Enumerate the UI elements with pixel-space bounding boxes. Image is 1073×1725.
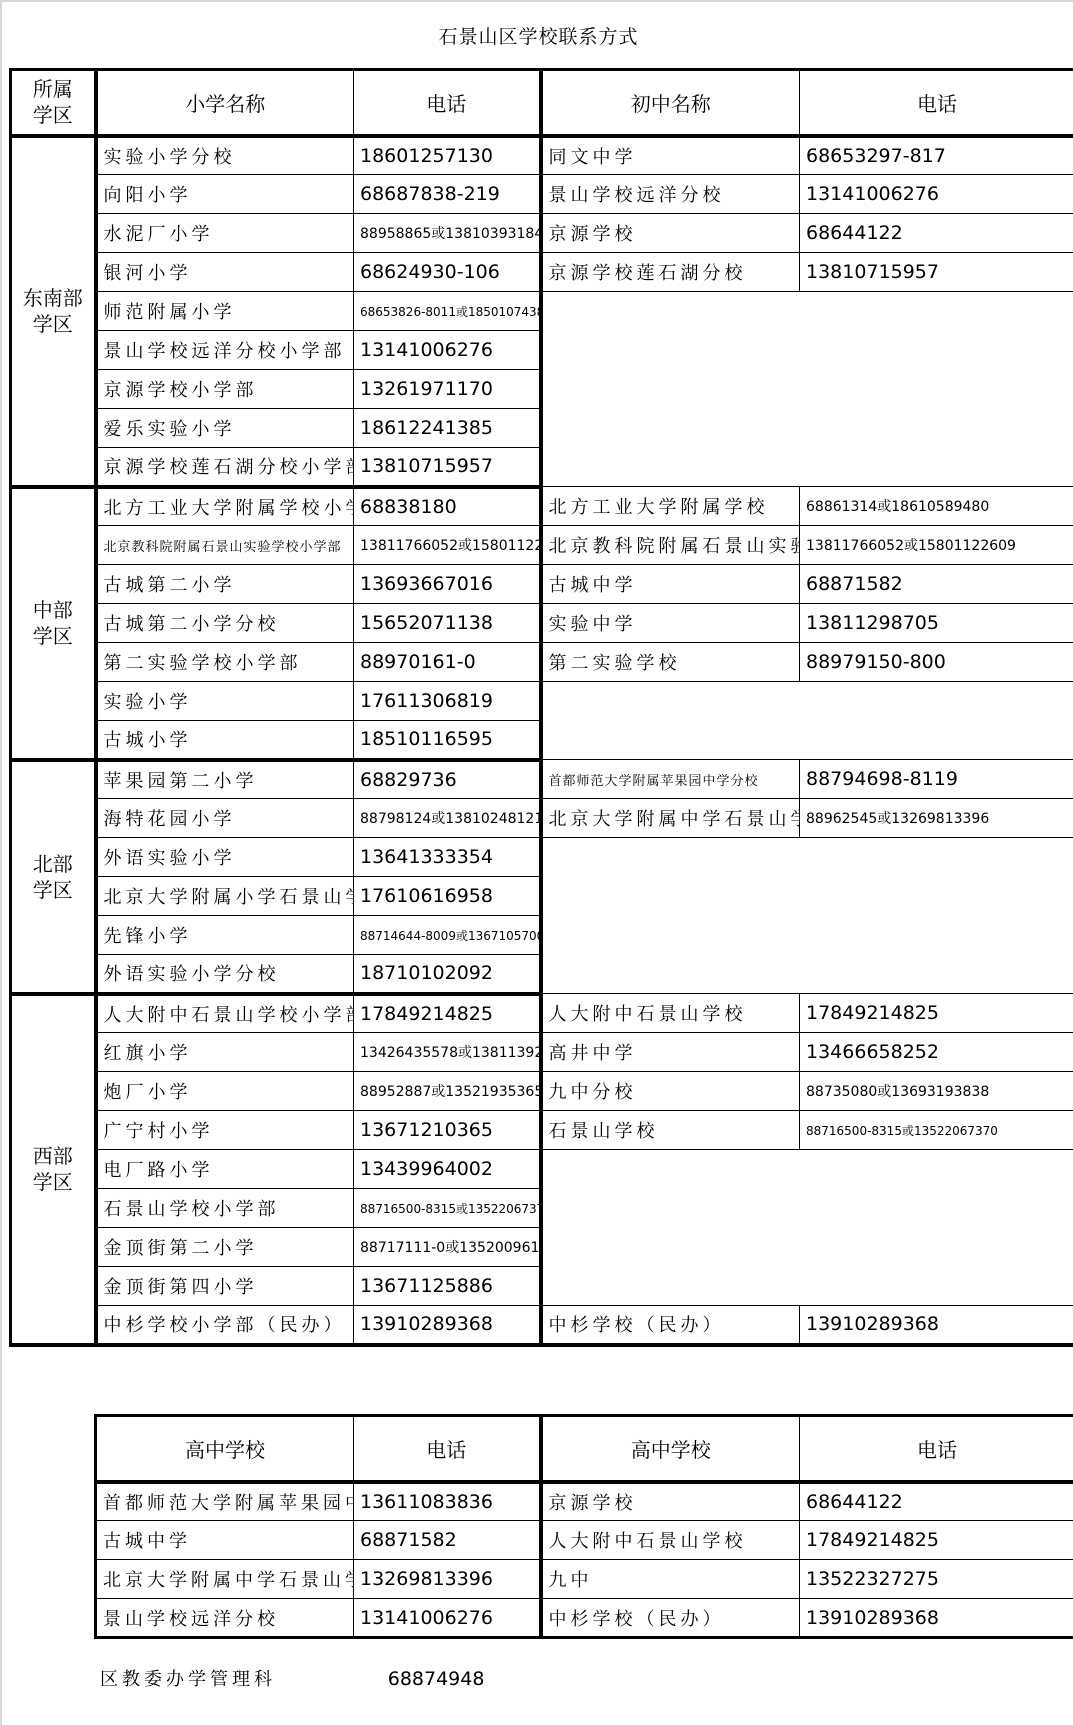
hs-header-left-phone: 电话 xyxy=(354,1416,541,1482)
hs-header-row: 高中学校 电话 高中学校 电话 xyxy=(96,1416,1073,1482)
table-header-row: 所属学区 小学名称 电话 初中名称 电话 xyxy=(11,70,1073,136)
hs-right-name: 人大附中石景山学校 xyxy=(541,1521,800,1560)
primary-school-phone: 18510116595 xyxy=(354,721,541,760)
hs-header-right-phone: 电话 xyxy=(800,1416,1073,1482)
header-primary-phone: 电话 xyxy=(354,70,541,136)
table-row: 海特花园小学88798124或13810248121北京大学附属中学石景山学校8… xyxy=(11,799,1073,838)
primary-school-name: 广宁村小学 xyxy=(96,1111,354,1150)
primary-school-name: 中杉学校小学部（民办） xyxy=(96,1306,354,1345)
primary-school-phone: 13439964002 xyxy=(354,1150,541,1189)
hs-left-phone: 13269813396 xyxy=(354,1560,541,1599)
hs-right-phone: 13910289368 xyxy=(800,1599,1073,1638)
primary-school-name: 金顶街第四小学 xyxy=(96,1267,354,1306)
hs-left-phone: 68871582 xyxy=(354,1521,541,1560)
primary-school-phone: 13641333354 xyxy=(354,838,541,877)
table-row: 北部学区苹果园第二小学68829736首都师范大学附属苹果园中学分校887946… xyxy=(11,760,1073,799)
hs-header-right-name: 高中学校 xyxy=(541,1416,800,1482)
middle-school-name: 景山学校远洋分校 xyxy=(541,175,800,214)
primary-school-phone: 88717111-0或13520096189 xyxy=(354,1228,541,1267)
table-row: 外语实验小学13641333354 xyxy=(11,838,1073,877)
primary-school-phone: 68653826-8011或18501074380 xyxy=(354,292,541,331)
middle-school-name: 北方工业大学附属学校 xyxy=(541,487,800,526)
region-label: 西部学区 xyxy=(11,994,96,1345)
table-row: 古城第二小学13693667016古城中学68871582 xyxy=(11,565,1073,604)
middle-school-name: 首都师范大学附属苹果园中学分校 xyxy=(541,760,800,799)
primary-school-phone: 13811766052或15801122609 xyxy=(354,526,541,565)
primary-school-phone: 88714644-8009或13671057001 xyxy=(354,916,541,955)
middle-school-name: 高井中学 xyxy=(541,1033,800,1072)
hs-table-row: 古城中学68871582人大附中石景山学校17849214825 xyxy=(96,1521,1073,1560)
hs-left-name: 古城中学 xyxy=(96,1521,354,1560)
primary-school-name: 人大附中石景山学校小学部 xyxy=(96,994,354,1033)
hs-header-left-name: 高中学校 xyxy=(96,1416,354,1482)
primary-school-name: 实验小学 xyxy=(96,682,354,721)
middle-school-phone: 68644122 xyxy=(800,214,1073,253)
hs-table-body: 首都师范大学附属苹果园中学13611083836京源学校68644122古城中学… xyxy=(96,1482,1073,1638)
primary-school-name: 红旗小学 xyxy=(96,1033,354,1072)
primary-school-name: 银河小学 xyxy=(96,253,354,292)
region-label: 中部学区 xyxy=(11,487,96,760)
table-row: 银河小学68624930-106京源学校莲石湖分校13810715957 xyxy=(11,253,1073,292)
hs-table-row: 首都师范大学附属苹果园中学13611083836京源学校68644122 xyxy=(96,1482,1073,1521)
primary-school-phone: 68687838-219 xyxy=(354,175,541,214)
primary-school-phone: 68624930-106 xyxy=(354,253,541,292)
primary-school-phone: 15652071138 xyxy=(354,604,541,643)
table-row: 师范附属小学68653826-8011或18501074380 xyxy=(11,292,1073,331)
middle-school-name: 同文中学 xyxy=(541,136,800,175)
middle-school-name: 北京教科院附属石景山实验学校 xyxy=(541,526,800,565)
primary-school-phone: 17610616958 xyxy=(354,877,541,916)
page-title: 石景山区学校联系方式 xyxy=(2,22,1073,49)
empty-cell xyxy=(541,1150,1073,1306)
primary-school-name: 古城小学 xyxy=(96,721,354,760)
middle-school-phone: 17849214825 xyxy=(800,994,1073,1033)
primary-school-phone: 13693667016 xyxy=(354,565,541,604)
primary-school-phone: 18601257130 xyxy=(354,136,541,175)
primary-school-name: 北方工业大学附属学校小学部 xyxy=(96,487,354,526)
middle-school-name: 北京大学附属中学石景山学校 xyxy=(541,799,800,838)
middle-school-phone: 13910289368 xyxy=(800,1306,1073,1345)
primary-school-phone: 68838180 xyxy=(354,487,541,526)
middle-school-phone: 13811766052或15801122609 xyxy=(800,526,1073,565)
middle-school-phone: 88716500-8315或13522067370 xyxy=(800,1111,1073,1150)
primary-school-phone: 88798124或13810248121 xyxy=(354,799,541,838)
footer-phone: 68874948 xyxy=(388,1668,485,1690)
hs-left-phone: 13141006276 xyxy=(354,1599,541,1638)
table-row: 西部学区人大附中石景山学校小学部17849214825人大附中石景山学校1784… xyxy=(11,994,1073,1033)
middle-school-phone: 88735080或13693193838 xyxy=(800,1072,1073,1111)
empty-cell xyxy=(541,292,1073,487)
primary-school-phone: 88716500-8315或13522067370 xyxy=(354,1189,541,1228)
middle-school-phone: 68871582 xyxy=(800,565,1073,604)
footer-label: 区教委办学管理科 xyxy=(100,1665,382,1691)
table-row: 红旗小学13426435578或13811392397高井中学134666582… xyxy=(11,1033,1073,1072)
primary-school-phone: 88952887或13521935365 xyxy=(354,1072,541,1111)
hs-left-phone: 13611083836 xyxy=(354,1482,541,1521)
hs-right-name: 京源学校 xyxy=(541,1482,800,1521)
hs-left-name: 北京大学附属中学石景山学校 xyxy=(96,1560,354,1599)
table-row: 第二实验学校小学部88970161-0第二实验学校88979150-800 xyxy=(11,643,1073,682)
hs-left-name: 景山学校远洋分校 xyxy=(96,1599,354,1638)
hs-left-name: 首都师范大学附属苹果园中学 xyxy=(96,1482,354,1521)
primary-school-name: 第二实验学校小学部 xyxy=(96,643,354,682)
hs-right-name: 九中 xyxy=(541,1560,800,1599)
hs-table-row: 北京大学附属中学石景山学校13269813396九中13522327275 xyxy=(96,1560,1073,1599)
primary-school-phone: 13671125886 xyxy=(354,1267,541,1306)
table-row: 向阳小学68687838-219景山学校远洋分校13141006276 xyxy=(11,175,1073,214)
middle-school-name: 石景山学校 xyxy=(541,1111,800,1150)
primary-school-phone: 13810715957 xyxy=(354,448,541,487)
header-primary-name: 小学名称 xyxy=(96,70,354,136)
table-row: 东南部学区实验小学分校18601257130同文中学68653297-817 xyxy=(11,136,1073,175)
hs-right-phone: 68644122 xyxy=(800,1482,1073,1521)
primary-school-phone: 68829736 xyxy=(354,760,541,799)
table-row: 炮厂小学88952887或13521935365九中分校88735080或136… xyxy=(11,1072,1073,1111)
header-middle-phone: 电话 xyxy=(800,70,1073,136)
middle-school-phone: 13811298705 xyxy=(800,604,1073,643)
table-row: 实验小学17611306819 xyxy=(11,682,1073,721)
primary-school-name: 外语实验小学 xyxy=(96,838,354,877)
primary-school-phone: 13671210365 xyxy=(354,1111,541,1150)
school-contacts-table: 所属学区 小学名称 电话 初中名称 电话 东南部学区实验小学分校18601257… xyxy=(9,68,1073,1347)
region-label: 东南部学区 xyxy=(11,136,96,487)
middle-school-name: 古城中学 xyxy=(541,565,800,604)
primary-school-name: 石景山学校小学部 xyxy=(96,1189,354,1228)
hs-table-row: 景山学校远洋分校13141006276中杉学校（民办）13910289368 xyxy=(96,1599,1073,1638)
table-row: 水泥厂小学88958865或13810393184京源学校68644122 xyxy=(11,214,1073,253)
primary-school-name: 京源学校小学部 xyxy=(96,370,354,409)
middle-school-phone: 68653297-817 xyxy=(800,136,1073,175)
table-row: 中杉学校小学部（民办）13910289368中杉学校（民办）1391028936… xyxy=(11,1306,1073,1345)
hs-right-phone: 17849214825 xyxy=(800,1521,1073,1560)
middle-school-name: 第二实验学校 xyxy=(541,643,800,682)
table-row: 北京教科院附属石景山实验学校小学部13811766052或15801122609… xyxy=(11,526,1073,565)
table-row: 电厂路小学13439964002 xyxy=(11,1150,1073,1189)
footer-contact: 区教委办学管理科 68874948 xyxy=(100,1665,484,1691)
hs-right-name: 中杉学校（民办） xyxy=(541,1599,800,1638)
middle-school-phone: 88979150-800 xyxy=(800,643,1073,682)
primary-school-name: 电厂路小学 xyxy=(96,1150,354,1189)
middle-school-name: 人大附中石景山学校 xyxy=(541,994,800,1033)
primary-school-phone: 13261971170 xyxy=(354,370,541,409)
primary-school-phone: 17849214825 xyxy=(354,994,541,1033)
high-school-table: 高中学校 电话 高中学校 电话 首都师范大学附属苹果园中学13611083836… xyxy=(94,1414,1073,1639)
primary-school-phone: 88970161-0 xyxy=(354,643,541,682)
primary-school-phone: 13910289368 xyxy=(354,1306,541,1345)
primary-school-name: 炮厂小学 xyxy=(96,1072,354,1111)
primary-school-phone: 13426435578或13811392397 xyxy=(354,1033,541,1072)
primary-school-name: 爱乐实验小学 xyxy=(96,409,354,448)
primary-school-name: 师范附属小学 xyxy=(96,292,354,331)
table-row: 古城第二小学分校15652071138实验中学13811298705 xyxy=(11,604,1073,643)
table-body: 东南部学区实验小学分校18601257130同文中学68653297-817向阳… xyxy=(11,136,1073,1345)
primary-school-name: 先锋小学 xyxy=(96,916,354,955)
primary-school-name: 古城第二小学分校 xyxy=(96,604,354,643)
empty-cell xyxy=(541,838,1073,994)
primary-school-name: 北京大学附属小学石景山学校 xyxy=(96,877,354,916)
middle-school-phone: 13141006276 xyxy=(800,175,1073,214)
primary-school-name: 外语实验小学分校 xyxy=(96,955,354,994)
primary-school-phone: 88958865或13810393184 xyxy=(354,214,541,253)
table-row: 中部学区北方工业大学附属学校小学部68838180北方工业大学附属学校68861… xyxy=(11,487,1073,526)
primary-school-phone: 13141006276 xyxy=(354,331,541,370)
region-label: 北部学区 xyxy=(11,760,96,994)
primary-school-name: 景山学校远洋分校小学部 xyxy=(96,331,354,370)
header-region: 所属学区 xyxy=(11,70,96,136)
empty-cell xyxy=(541,682,1073,760)
primary-school-name: 金顶街第二小学 xyxy=(96,1228,354,1267)
primary-school-phone: 18710102092 xyxy=(354,955,541,994)
primary-school-name: 海特花园小学 xyxy=(96,799,354,838)
middle-school-name: 实验中学 xyxy=(541,604,800,643)
hs-right-phone: 13522327275 xyxy=(800,1560,1073,1599)
primary-school-name: 北京教科院附属石景山实验学校小学部 xyxy=(96,526,354,565)
primary-school-name: 京源学校莲石湖分校小学部 xyxy=(96,448,354,487)
middle-school-phone: 13466658252 xyxy=(800,1033,1073,1072)
primary-school-name: 向阳小学 xyxy=(96,175,354,214)
primary-school-phone: 18612241385 xyxy=(354,409,541,448)
middle-school-name: 京源学校 xyxy=(541,214,800,253)
table-row: 广宁村小学13671210365石景山学校88716500-8315或13522… xyxy=(11,1111,1073,1150)
primary-school-name: 古城第二小学 xyxy=(96,565,354,604)
primary-school-phone: 17611306819 xyxy=(354,682,541,721)
middle-school-phone: 68861314或18610589480 xyxy=(800,487,1073,526)
header-middle-name: 初中名称 xyxy=(541,70,800,136)
middle-school-phone: 88962545或13269813396 xyxy=(800,799,1073,838)
middle-school-name: 九中分校 xyxy=(541,1072,800,1111)
middle-school-phone: 88794698-8119 xyxy=(800,760,1073,799)
primary-school-name: 苹果园第二小学 xyxy=(96,760,354,799)
middle-school-name: 京源学校莲石湖分校 xyxy=(541,253,800,292)
primary-school-name: 实验小学分校 xyxy=(96,136,354,175)
middle-school-name: 中杉学校（民办） xyxy=(541,1306,800,1345)
middle-school-phone: 13810715957 xyxy=(800,253,1073,292)
primary-school-name: 水泥厂小学 xyxy=(96,214,354,253)
